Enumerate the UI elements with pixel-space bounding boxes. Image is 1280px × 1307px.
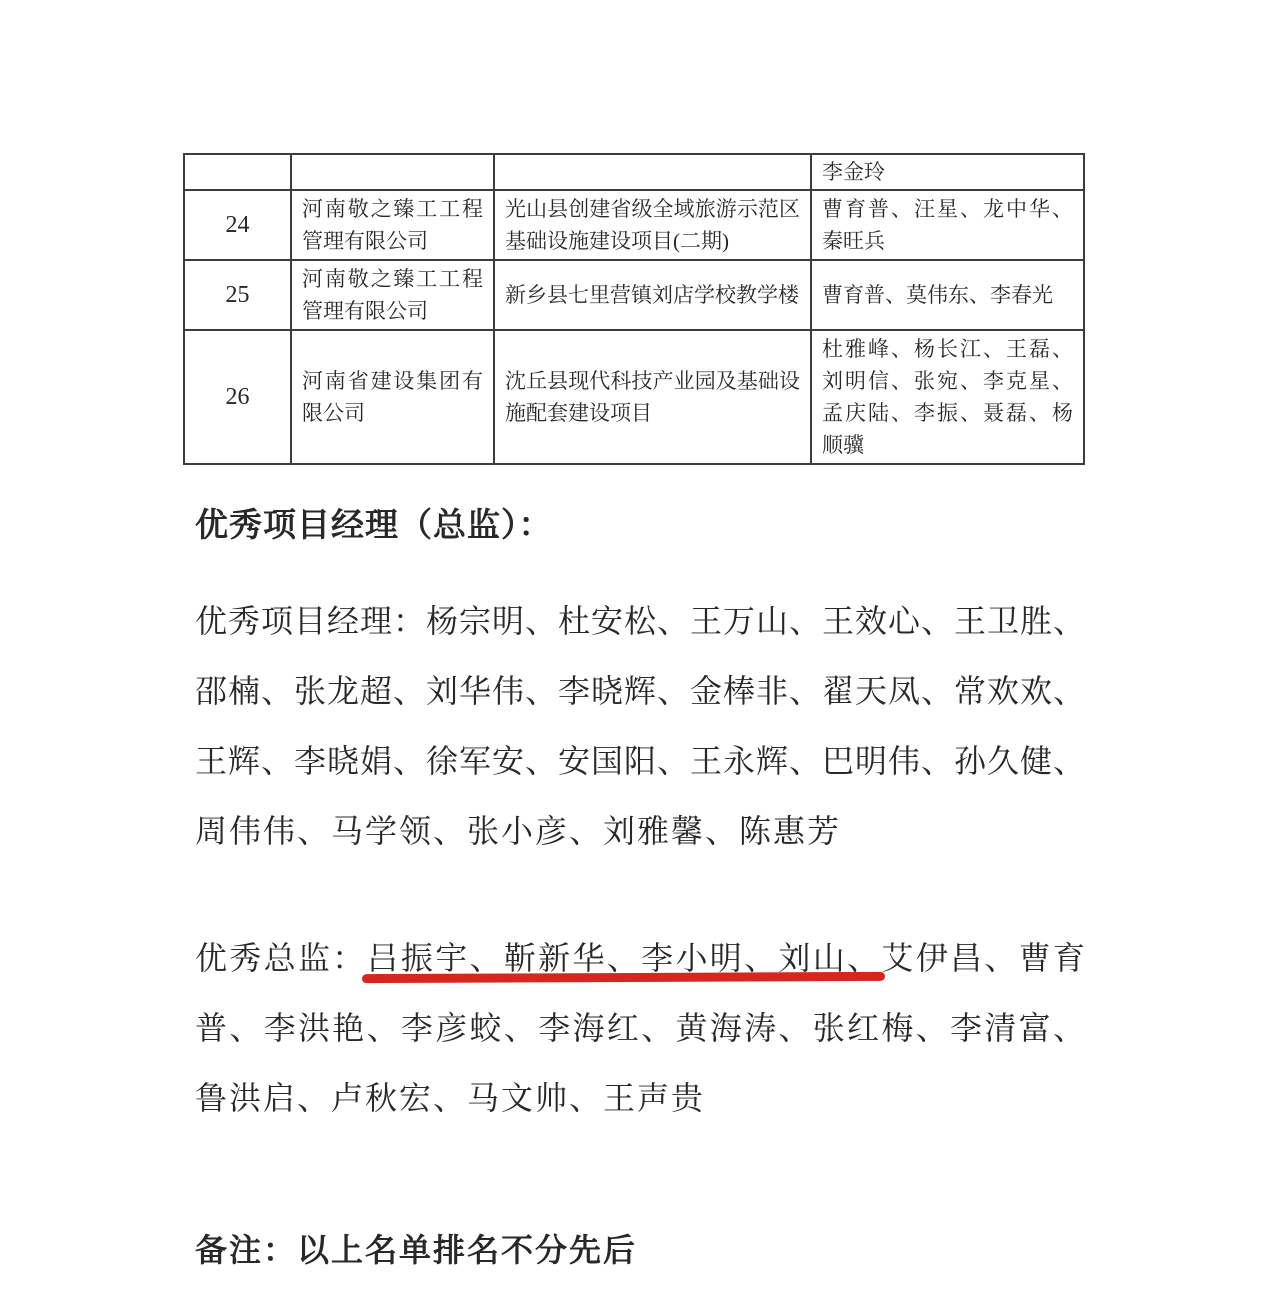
supervisors-line-1: 优秀总监：吕振宇、靳新华、李小明、刘山、艾伊昌、曹育: [195, 923, 1085, 993]
note-line: 备注：以上名单排名不分先后: [195, 1215, 637, 1285]
personnel-cell: 杜雅峰、杨长江、王磊、刘明信、张宛、李克星、孟庆陆、李振、聂磊、杨顺骥: [811, 330, 1084, 464]
table-row-25: 25 河南敬之臻工工程管理有限公司 新乡县七里营镇刘店学校教学楼 曹育普、莫伟东…: [184, 260, 1084, 330]
document-page: 李金玲 24 河南敬之臻工工程管理有限公司 光山县创建省级全域旅游示范区基础设施…: [0, 0, 1280, 1307]
supervisors-label: 优秀总监：: [195, 940, 367, 976]
managers-line-3: 王辉、李晓娟、徐军安、安国阳、王永辉、巴明伟、孙久健、: [195, 726, 1085, 796]
project-cell: [494, 154, 811, 190]
row-number-cell: 26: [184, 330, 291, 464]
award-projects-table: 李金玲 24 河南敬之臻工工程管理有限公司 光山县创建省级全域旅游示范区基础设施…: [183, 153, 1085, 465]
section-heading-excellent-project-managers: 优秀项目经理（总监）：: [195, 491, 553, 561]
company-cell: [291, 154, 494, 190]
excellent-managers-list: 优秀项目经理：杨宗明、杜安松、王万山、王效心、王卫胜、 邵楠、张龙超、刘华伟、李…: [195, 586, 1085, 866]
managers-line-4: 周伟伟、马学领、张小彦、刘雅馨、陈惠芳: [195, 796, 1085, 866]
row-number-cell: 25: [184, 260, 291, 330]
table-row-partial: 李金玲: [184, 154, 1084, 190]
personnel-cell: 李金玲: [811, 154, 1084, 190]
project-cell: 沈丘县现代科技产业园及基础设施配套建设项目: [494, 330, 811, 464]
project-cell: 光山县创建省级全域旅游示范区基础设施建设项目(二期): [494, 190, 811, 260]
company-cell: 河南敬之臻工工程管理有限公司: [291, 190, 494, 260]
managers-line-2: 邵楠、张龙超、刘华伟、李晓辉、金棒非、翟天凤、常欢欢、: [195, 656, 1085, 726]
managers-line-1: 优秀项目经理：杨宗明、杜安松、王万山、王效心、王卫胜、: [195, 586, 1085, 656]
row-number-cell: 24: [184, 190, 291, 260]
personnel-cell: 曹育普、莫伟东、李春光: [811, 260, 1084, 330]
row-number-cell: [184, 154, 291, 190]
personnel-cell: 曹育普、汪星、龙中华、秦旺兵: [811, 190, 1084, 260]
table-row-26: 26 河南省建设集团有限公司 沈丘县现代科技产业园及基础设施配套建设项目 杜雅峰…: [184, 330, 1084, 464]
table-row-24: 24 河南敬之臻工工程管理有限公司 光山县创建省级全域旅游示范区基础设施建设项目…: [184, 190, 1084, 260]
company-cell: 河南敬之臻工工程管理有限公司: [291, 260, 494, 330]
excellent-supervisors-list: 优秀总监：吕振宇、靳新华、李小明、刘山、艾伊昌、曹育 普、李洪艳、李彦蛟、李海红…: [195, 923, 1085, 1133]
supervisors-line1-rest: 艾伊昌、曹育: [881, 940, 1085, 976]
supervisors-line-2: 普、李洪艳、李彦蛟、李海红、黄海涛、张红梅、李清富、: [195, 993, 1085, 1063]
red-underlined-names: 吕振宇、靳新华、李小明、刘山、: [367, 940, 882, 976]
project-cell: 新乡县七里营镇刘店学校教学楼: [494, 260, 811, 330]
company-cell: 河南省建设集团有限公司: [291, 330, 494, 464]
supervisors-line-3: 鲁洪启、卢秋宏、马文帅、王声贵: [195, 1063, 1085, 1133]
